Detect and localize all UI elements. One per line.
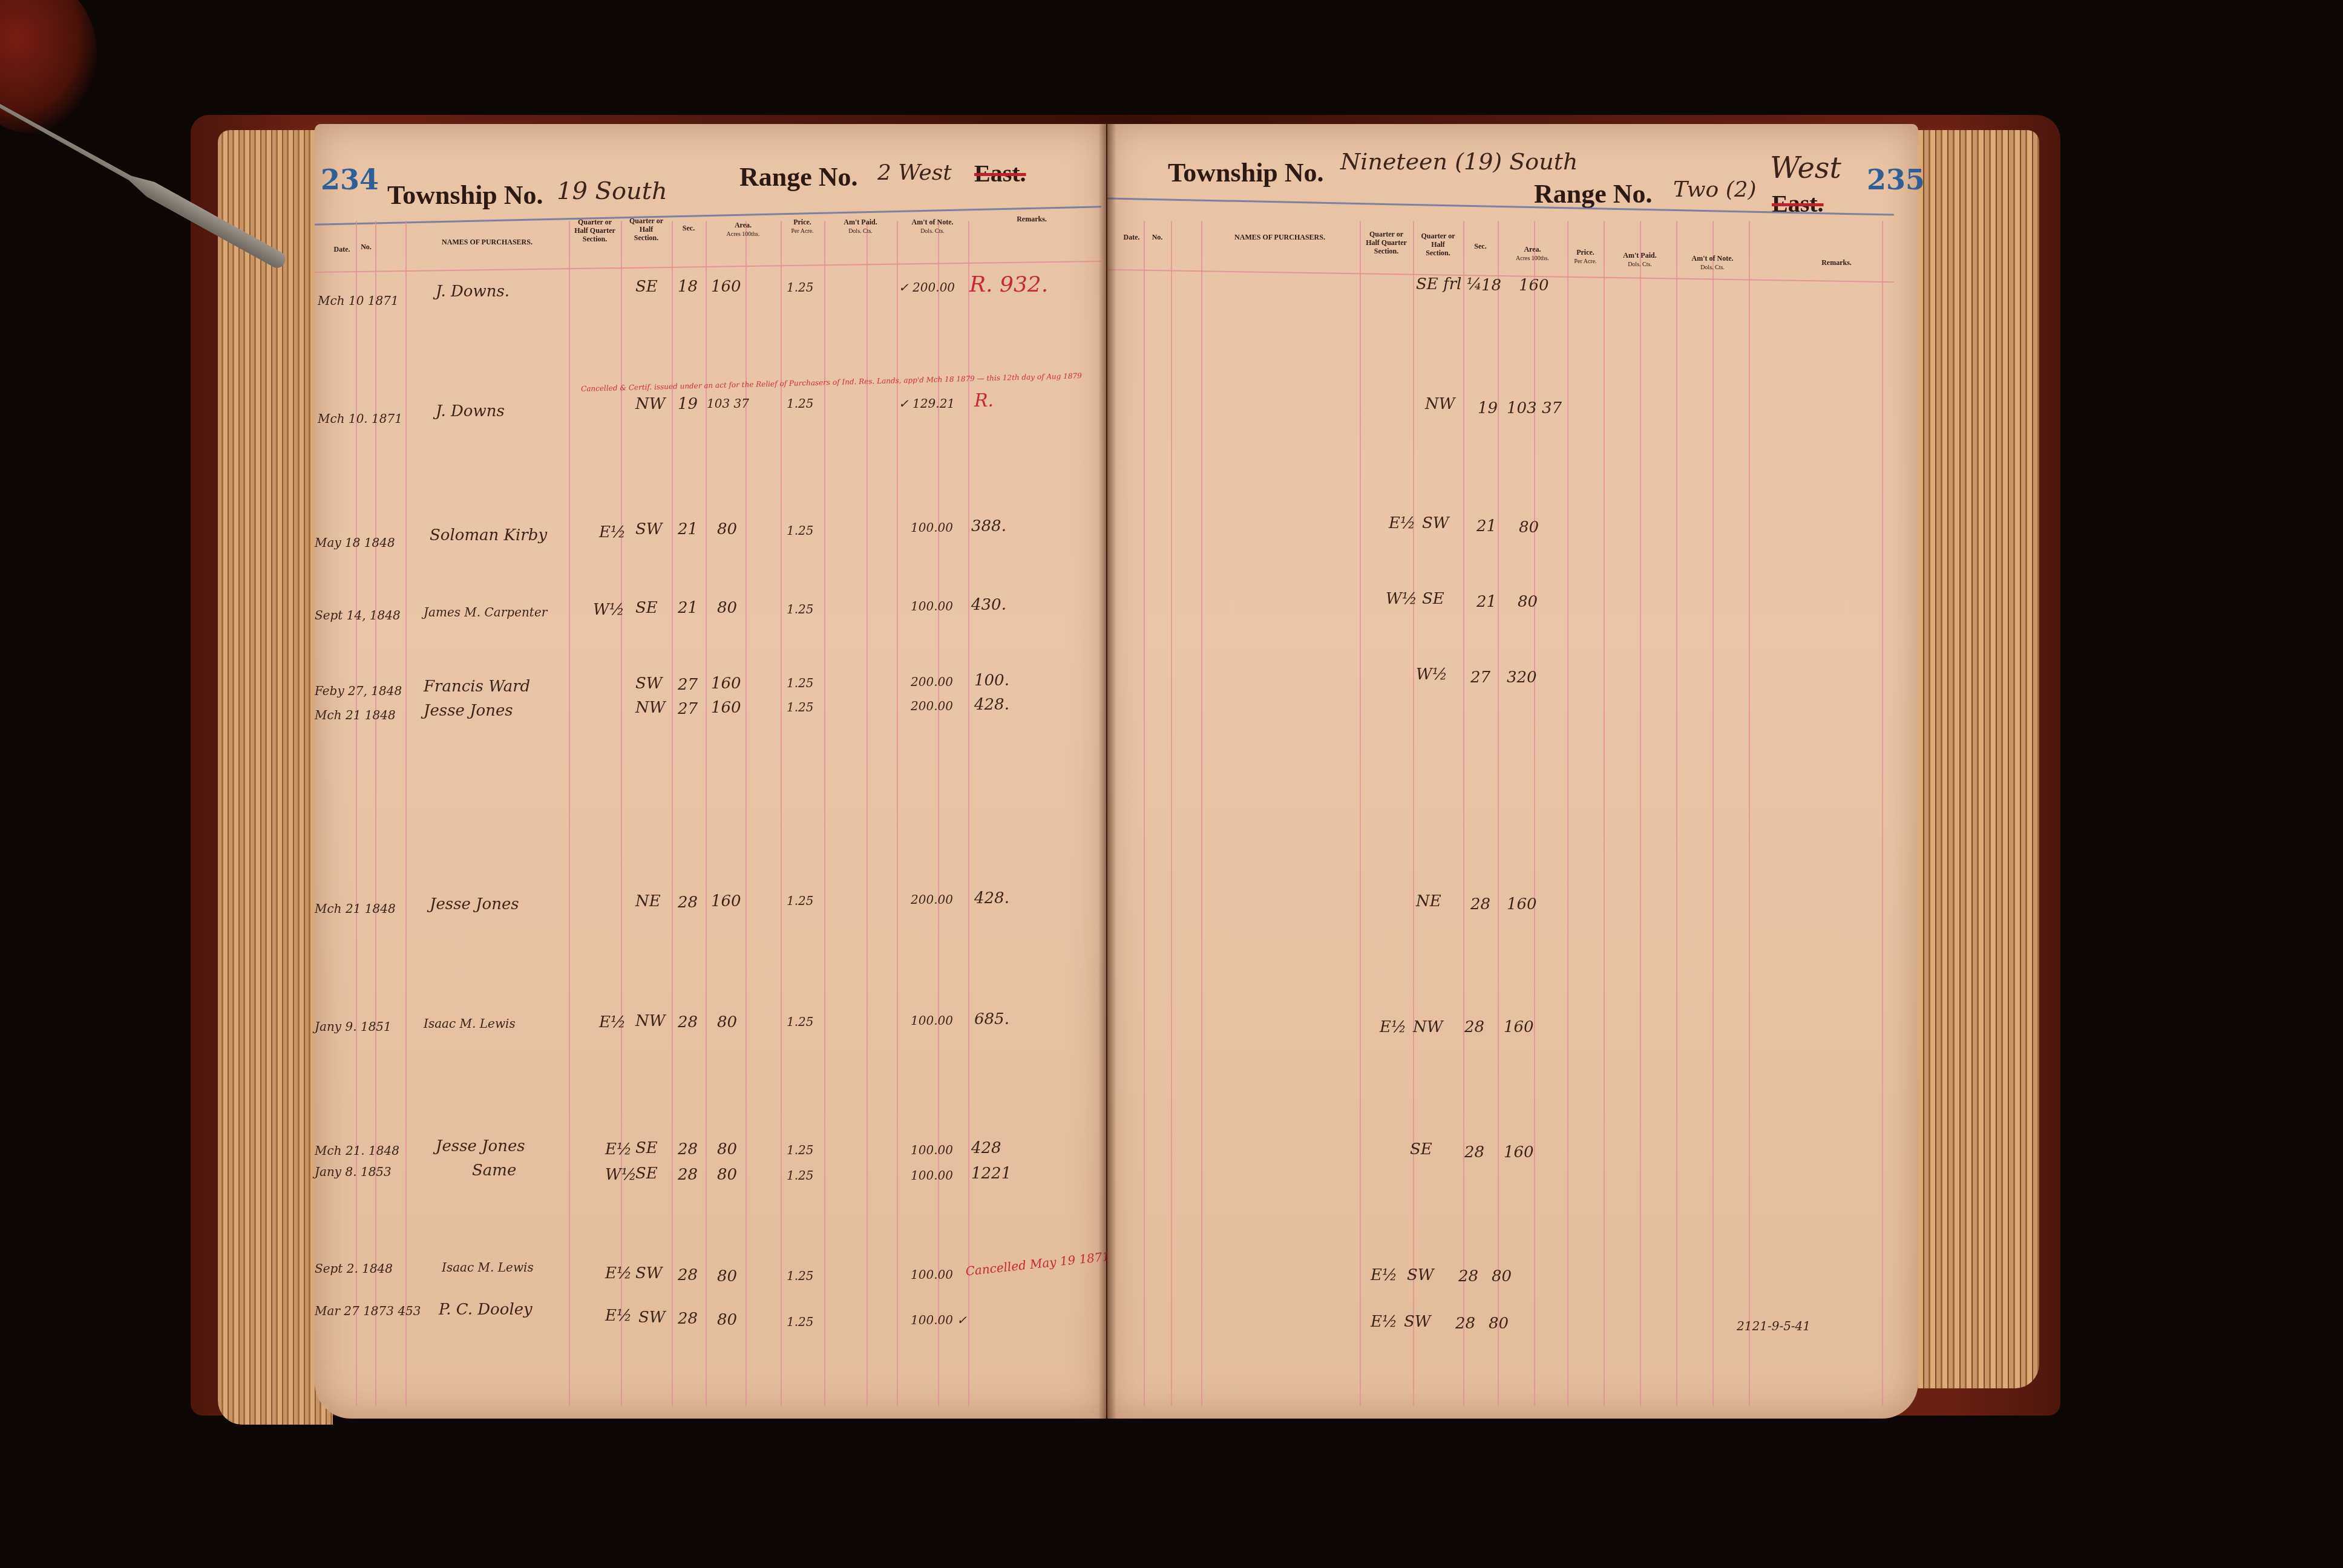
entry-date: Jany 9. 1851	[315, 1019, 392, 1034]
entry-quarter: NE	[1416, 892, 1441, 910]
col-amount-note: Am't of Note.Dols. Cts.	[1676, 254, 1749, 272]
entry-name: Isaac M. Lewis	[424, 1016, 516, 1031]
col-sec: Sec.	[672, 224, 706, 232]
entry-price: 1.25	[787, 1168, 814, 1183]
entry-acres: 103 37	[1507, 399, 1562, 417]
entry-acres: 160	[1504, 1143, 1534, 1161]
entry-qq: E½	[599, 1013, 626, 1031]
entry-remarks: 430.	[971, 596, 1006, 614]
entry-date: Sept 14, 1848	[315, 608, 401, 622]
entry-qq: E½	[605, 1140, 632, 1158]
entry-date: Mch 21 1848	[315, 708, 396, 722]
entry-sec: 27	[678, 676, 698, 694]
entry-sec: 27	[678, 700, 698, 718]
entry-price: 1.25	[787, 1014, 814, 1029]
col-amount-note: Am't of Note.Dols. Cts.	[897, 218, 968, 236]
entry-price: 1.25	[787, 893, 814, 908]
entry-price: 1.25	[787, 602, 814, 616]
entry-paid: 200.00	[911, 699, 953, 713]
range-east-struck-left: East.	[974, 159, 1026, 188]
entry-quarter: SE	[1422, 590, 1444, 608]
entry-paid: 100.00	[911, 1267, 953, 1282]
column-rule	[897, 221, 898, 1406]
entry-quarter: SW	[638, 1308, 666, 1327]
col-quarter-half: Quarter or Half Section.	[1413, 232, 1463, 257]
entry-name: Jesse Jones	[436, 1137, 525, 1155]
entry-paid: 100.00	[911, 520, 953, 535]
column-rule	[824, 221, 825, 1406]
entry-acres: 80	[1518, 593, 1538, 611]
entry-sec: 28	[1464, 1018, 1484, 1036]
entry-quarter: NW	[635, 699, 665, 717]
entry-sec: 21	[678, 520, 698, 538]
col-quarter-half-quarter: Quarter or Half Quarter Section.	[569, 218, 621, 243]
entry-name: Jesse Jones	[430, 895, 519, 913]
entry-acres: 160	[711, 675, 741, 693]
col-names: NAMES OF PURCHASERS.	[418, 238, 557, 246]
entry-quarter: SW	[635, 1264, 663, 1282]
entry-quarter: SW	[635, 675, 663, 693]
column-rule	[405, 221, 407, 1406]
entry-quarter: SE	[635, 599, 658, 617]
column-rule	[621, 221, 622, 1406]
page-number-right: 235	[1867, 163, 1925, 196]
col-no: No.	[1144, 233, 1171, 241]
col-amount-paid: Am't Paid.Dols. Cts.	[1604, 251, 1676, 269]
column-rule	[1360, 221, 1361, 1406]
entry-acres: 80	[1519, 518, 1539, 537]
column-rule	[375, 221, 376, 1406]
entry-date: Feby 27, 1848	[315, 684, 402, 698]
entry-acres: 80	[717, 520, 737, 538]
range-label-left: Range No.	[739, 162, 858, 192]
cancellation-note: Cancelled & Certif. issued under an act …	[581, 371, 1082, 393]
entry-price: 1.25	[787, 1269, 814, 1283]
entry-quarter: SE	[1410, 1140, 1432, 1158]
entry-remarks: 1221	[971, 1165, 1011, 1183]
column-rule	[968, 221, 969, 1406]
col-quarter-half-quarter: Quarter or Half Quarter Section.	[1360, 230, 1413, 255]
entry-price: 1.25	[787, 1315, 814, 1329]
entry-quarter: SE	[635, 1165, 658, 1183]
entry-acres: 80	[717, 1013, 737, 1031]
col-amount-paid: Am't Paid.Dols. Cts.	[824, 218, 897, 236]
entry-qq: W½	[1386, 590, 1417, 608]
column-rule	[1604, 221, 1605, 1406]
entry-paid: 200.00	[911, 892, 953, 907]
entry-sec: 28	[678, 1013, 698, 1031]
entry-sec: 19	[678, 395, 698, 413]
entry-qq: E½	[1371, 1266, 1397, 1284]
entry-sec: 21	[1476, 517, 1496, 535]
column-header-rule-left	[315, 261, 1101, 273]
column-rule	[569, 221, 570, 1406]
entry-qq: E½	[1389, 514, 1415, 532]
entry-name: Francis Ward	[424, 678, 530, 696]
township-label-left: Township No.	[387, 180, 543, 211]
entry-name: P. C. Dooley	[439, 1301, 532, 1319]
entry-price: 1.25	[787, 280, 814, 295]
column-rule	[1413, 221, 1414, 1406]
entry-acres: 160	[1504, 1018, 1534, 1036]
col-date: Date.	[327, 245, 357, 253]
column-rule	[1882, 221, 1883, 1406]
entry-price: 1.25	[787, 1143, 814, 1157]
entry-sec: 28	[1455, 1315, 1475, 1333]
entry-sec: 21	[1476, 593, 1496, 611]
entry-remarks: 428.	[974, 889, 1009, 907]
entry-name: J. Downs.	[436, 283, 510, 301]
entry-paid: 100.00	[911, 1143, 953, 1157]
entry-name: Soloman Kirby	[430, 526, 547, 544]
col-sec: Sec.	[1463, 242, 1498, 250]
entry-paid: ✓ 200.00	[899, 280, 955, 295]
entry-sec: 28	[1470, 895, 1490, 913]
column-rule	[867, 221, 868, 1406]
entry-remarks: 685.	[974, 1010, 1009, 1028]
entry-sec: 28	[678, 893, 698, 912]
entry-remarks: 2121-9-5-41	[1737, 1319, 1810, 1333]
entry-qq: W½	[593, 601, 624, 619]
entry-date: Mch 21 1848	[315, 901, 396, 916]
entry-acres: 80	[717, 1140, 737, 1158]
entry-price: 1.25	[787, 700, 814, 714]
entry-acres: 320	[1507, 668, 1537, 687]
entry-date: Mch 21. 1848	[315, 1143, 399, 1158]
column-rule	[356, 221, 357, 1406]
entry-quarter: NW	[1413, 1018, 1443, 1036]
col-price: Price.Per Acre.	[1567, 248, 1604, 266]
entry-acres: 80	[1489, 1315, 1509, 1333]
entry-quarter: SE	[635, 278, 658, 296]
entry-sec: 28	[678, 1166, 698, 1184]
entry-name: Jesse Jones	[424, 702, 513, 720]
entry-paid: ✓ 129.21	[899, 396, 955, 411]
entry-acres: 160	[711, 892, 741, 910]
entry-name: Isaac M. Lewis	[442, 1260, 534, 1275]
entry-acres: 160	[711, 278, 741, 296]
entry-acres: 80	[717, 1311, 737, 1329]
column-rule	[1171, 221, 1172, 1406]
col-names: NAMES OF PURCHASERS.	[1210, 233, 1349, 241]
entry-sec: 18	[678, 278, 698, 296]
col-quarter-half: Quarter or Half Section.	[621, 217, 672, 242]
entry-date: Mch 10. 1871	[318, 411, 402, 426]
range-value-left: 2 West	[877, 160, 952, 185]
left-page: 234 Township No. 19 South Range No. 2 We…	[315, 124, 1106, 1419]
entry-quarter: SW	[635, 520, 663, 538]
entry-remarks: 428	[971, 1139, 1001, 1157]
col-remarks: Remarks.	[1791, 258, 1882, 267]
column-rule	[1567, 221, 1568, 1406]
entry-acres: 160	[711, 699, 741, 717]
right-page: Township No. Nineteen (19) South Range N…	[1107, 124, 1918, 1419]
entry-remarks: 100.	[974, 671, 1009, 690]
entry-name: Same	[472, 1161, 516, 1180]
entry-paid: 100.00	[911, 1168, 953, 1183]
entry-price: 1.25	[787, 676, 814, 690]
entry-paid: 100.00 ✓	[911, 1313, 967, 1327]
entry-remarks: R. 932.	[969, 272, 1048, 297]
entry-sec: 28	[678, 1266, 698, 1284]
entry-quarter: SW	[1407, 1266, 1434, 1284]
township-value-left: 19 South	[557, 177, 667, 205]
entry-acres: 160	[1519, 276, 1549, 295]
entry-name: J. Downs	[436, 402, 505, 420]
entry-quarter: NW	[1425, 395, 1455, 413]
entry-price: 1.25	[787, 396, 814, 411]
entry-sec: 28	[1458, 1267, 1478, 1285]
entry-quarter: SE	[635, 1139, 658, 1157]
entry-qq: E½	[599, 523, 626, 541]
entry-acres: 160	[1507, 895, 1537, 913]
township-label-right: Township No.	[1168, 157, 1324, 188]
entry-remarks: R.	[974, 390, 994, 411]
entry-sec: 19	[1478, 399, 1498, 417]
entry-quarter: SE frl ¼	[1416, 275, 1482, 293]
entry-remarks: 388.	[971, 517, 1006, 535]
entry-acres: 80	[717, 1267, 737, 1285]
col-no: No.	[357, 243, 375, 251]
entry-price: 1.25	[787, 523, 814, 538]
entry-qq: E½	[605, 1264, 632, 1282]
column-rule	[1712, 221, 1714, 1406]
entry-paid: 100.00	[911, 1013, 953, 1028]
entry-acres: 80	[1492, 1267, 1512, 1285]
entry-date: Jany 8. 1853	[315, 1165, 392, 1179]
entry-acres: 80	[717, 1166, 737, 1184]
col-remarks: Remarks.	[986, 215, 1077, 223]
entry-acres: 103 37	[707, 396, 749, 411]
entry-quarter: NW	[635, 395, 665, 413]
entry-remarks: Cancelled May 19 1871	[965, 1249, 1110, 1279]
entry-quarter: SW	[1404, 1313, 1431, 1331]
column-rule	[1201, 221, 1202, 1406]
column-rule	[1534, 221, 1535, 1406]
column-rule	[1640, 221, 1641, 1406]
col-area: Area.Acres 100ths.	[706, 221, 781, 239]
entry-quarter: NW	[635, 1012, 665, 1030]
entry-quarter: SW	[1422, 514, 1449, 532]
col-date: Date.	[1119, 233, 1144, 241]
entry-sec: 28	[1464, 1143, 1484, 1161]
entry-qq: E½	[1380, 1018, 1406, 1036]
entry-sec: 28	[678, 1310, 698, 1328]
column-rule	[1144, 221, 1145, 1406]
entry-quarter: NE	[635, 892, 661, 910]
entry-date: Sept 2. 1848	[315, 1261, 393, 1276]
range-value-right: Two (2)	[1673, 177, 1757, 202]
range-direction-right: West	[1770, 151, 1841, 185]
entry-sec: 28	[678, 1140, 698, 1158]
entry-name: James M. Carpenter	[424, 605, 547, 619]
entry-qq: E½	[605, 1307, 632, 1325]
page-number-left: 234	[321, 163, 379, 196]
entry-paid: 100.00	[911, 599, 953, 613]
entry-sec: 18	[1481, 276, 1501, 295]
township-value-right: Nineteen (19) South	[1340, 148, 1578, 175]
entry-acres: 80	[717, 599, 737, 617]
book-gutter	[1098, 124, 1116, 1419]
entry-quarter: W½	[1416, 665, 1447, 684]
entry-sec: 21	[678, 599, 698, 617]
column-rule	[1749, 221, 1750, 1406]
col-area: Area.Acres 100ths.	[1498, 245, 1567, 263]
column-rule	[1676, 221, 1677, 1406]
entry-date: Mch 10 1871	[318, 293, 399, 308]
entry-sec: 27	[1470, 668, 1490, 687]
range-label-right: Range No.	[1534, 178, 1653, 209]
entry-paid: 200.00	[911, 675, 953, 689]
entry-qq: W½	[605, 1166, 637, 1184]
column-rule	[781, 221, 782, 1406]
entry-date: May 18 1848	[315, 535, 395, 550]
entry-remarks: 428.	[974, 696, 1009, 714]
entry-qq: E½	[1371, 1313, 1397, 1331]
entry-date: Mar 27 1873 453	[315, 1304, 421, 1318]
column-rule	[1498, 221, 1499, 1406]
column-rule	[1463, 221, 1464, 1406]
column-rule	[672, 221, 673, 1406]
col-price: Price.Per Acre.	[781, 218, 824, 236]
